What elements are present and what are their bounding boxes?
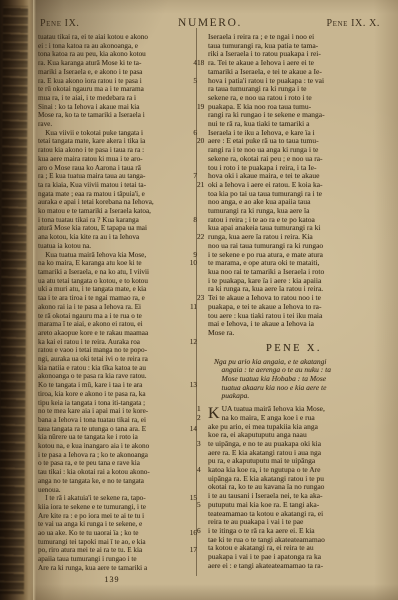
verse-paragraph: tuatau tikai ra, ei te aiai kotou e akon… bbox=[38, 33, 186, 129]
verse-paragraph: Iseraela i reira ra ; e te ngai i noo ei… bbox=[208, 33, 380, 338]
book-binding-gutter bbox=[0, 0, 36, 600]
scanned-book-page: Pene IX. NUMERO. Pene IX. X. tuatau tika… bbox=[0, 0, 398, 600]
verse-number: 18 bbox=[197, 59, 207, 68]
verse-paragraph: Kua tuatua mairā Iehova kia Mose, na ko … bbox=[38, 251, 186, 495]
verse-number: 4 bbox=[187, 59, 197, 68]
page-curl-highlight bbox=[33, 0, 36, 600]
verse-number: 8 bbox=[187, 216, 197, 225]
running-head-title: NUMERO. bbox=[178, 17, 242, 29]
verse-number: 13 bbox=[187, 381, 197, 390]
verse-paragraph: UA tuatua mairā Iehova kia Mose, na ko m… bbox=[208, 404, 325, 570]
verse-number: 17 bbox=[187, 546, 197, 555]
verse-number: 15 bbox=[187, 494, 197, 503]
verse-number: 6 bbox=[197, 527, 207, 536]
drop-cap: K bbox=[208, 405, 222, 421]
adjacent-page-text-blur bbox=[0, 6, 28, 594]
page-number: 139 bbox=[38, 575, 186, 584]
verse-number: 19 bbox=[197, 103, 207, 112]
verse-number: 5 bbox=[197, 501, 207, 510]
right-text-column: Iseraela i reira ra ; e te ngai i noo ei… bbox=[208, 33, 380, 570]
verse-number: 21 bbox=[197, 181, 207, 190]
verse-number: 14 bbox=[187, 425, 197, 434]
verse-number: 20 bbox=[197, 137, 207, 146]
chapter-summary: Nga pu ario kia angaia, e te akatangi an… bbox=[214, 358, 378, 402]
verse-number: 11 bbox=[187, 303, 197, 312]
running-head: Pene IX. NUMERO. Pene IX. X. bbox=[38, 17, 382, 30]
chapter-heading: PENE X. bbox=[208, 342, 380, 355]
verse-number: 2 bbox=[197, 414, 207, 423]
verse-number: 4 bbox=[197, 466, 207, 475]
left-text-column: tuatau tikai ra, ei te aiai kotou e akon… bbox=[38, 33, 186, 573]
verse-paragraph: Kua viivii e tokotai puke tangata i teta… bbox=[38, 129, 186, 251]
verse-paragraph-wrapper: KUA tuatua mairā Iehova kia Mose, na ko … bbox=[208, 405, 380, 570]
verse-number: 3 bbox=[197, 440, 207, 449]
verse-number: 6 bbox=[187, 129, 197, 138]
running-head-right: Pene IX. X. bbox=[326, 18, 380, 29]
verse-number: 7 bbox=[187, 172, 197, 181]
verse-number: 22 bbox=[197, 233, 207, 242]
verse-number: 12 bbox=[187, 338, 197, 347]
verse-number: 23 bbox=[197, 294, 207, 303]
verse-paragraph-wrapper: Iseraela i reira ra ; e te ngai i noo ei… bbox=[208, 33, 380, 338]
verse-number: 5 bbox=[187, 77, 197, 86]
verse-number: 16 bbox=[187, 529, 197, 538]
running-head-left: Pene IX. bbox=[40, 18, 80, 29]
verse-number: 10 bbox=[187, 259, 197, 268]
verse-paragraph: I te rā i akatuia'i te sekene ra, tapo- … bbox=[38, 494, 186, 572]
